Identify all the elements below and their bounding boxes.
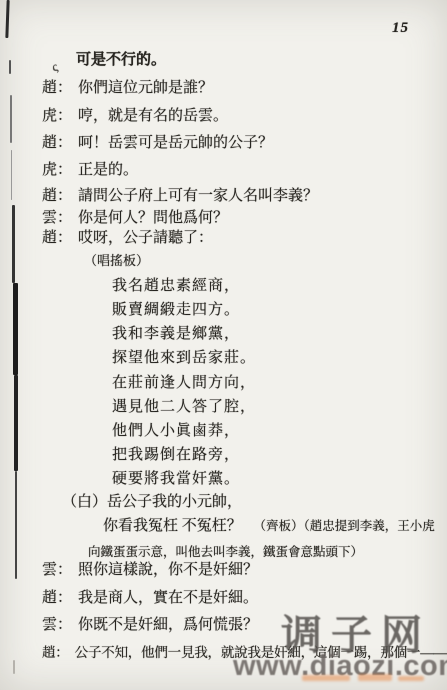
dialogue-text: 你們這位元帥是誰？ [78,80,213,97]
spoken-line: 你看我冤枉 不冤枉？ [103,518,242,534]
stage-note-continuation: 向鐵蛋蛋示意，叫他去叫李義，鐵蛋會意點頭下） [88,544,363,561]
stage-direction: （唱搖板） [84,252,149,269]
verse-line: 我名趙忠素經商， [112,278,240,295]
dialogue-line: 趙： 你們這位元帥是誰？ [42,80,213,97]
dialogue-line: 雲： 你既不是奸細，爲何慌張？ [42,617,258,634]
dialogue-text: 哼，就是有名的岳雲。 [78,108,228,125]
speaker-label: 虎： [42,108,72,125]
spine-mark [10,95,12,143]
dialogue-text: 照你這樣說，你不是奸細？ [78,562,258,579]
dialogue-line: 趙： 我是商人，實在不是奸細。 [42,590,258,607]
spine-mark [5,0,9,38]
spoken-line-row: 你看我冤枉 不冤枉？ （齊板）（趙忠提到李義，王小虎 [103,518,435,535]
speaker-label: 趙： [42,230,72,247]
dialogue-text: 正是的。 [78,162,138,179]
orange-scan-artifact [358,674,392,681]
speaker-label: 趙： [42,188,72,205]
spine-mark [15,471,17,579]
speaker-label: 雲： [42,617,72,634]
stray-pen-mark: ς [52,58,57,76]
opening-line: 可是不行的。 [76,52,166,69]
speaker-label: 趙： [42,644,69,661]
dialogue-line: 雲： 照你這樣說，你不是奸細？ [42,562,258,579]
stage-note-inline: （齊板）（趙忠提到李義，王小虎 [254,519,435,533]
speaker-label: 趙： [42,80,72,97]
verse-line: 他們人小眞鹵莽， [112,423,240,440]
dialogue-text: 呵！岳雲可是岳元帥的公子？ [78,135,273,152]
speaker-label: 雲： [42,562,72,579]
spine-mark [13,660,15,674]
verse-line: 我和李義是鄉黨， [112,326,240,343]
dialogue-text: 你既不是奸細，爲何慌張？ [78,617,258,634]
speaker-label: 趙： [42,135,72,152]
page-number: 15 [392,20,409,37]
dialogue-line: 趙： 請問公子府上可有一家人名叫李義？ [42,188,318,205]
verse-line: 在莊前逢人問方向， [112,375,256,392]
scanned-script-page: 15 ς 可是不行的。 趙： 你們這位元帥是誰？ 虎： 哼，就是有名的岳雲。 趙… [0,0,447,690]
orange-scan-artifact [302,675,350,681]
verse-line: 遇見他二人答了腔， [112,399,256,416]
dialogue-text: 我是商人，實在不是奸細。 [78,590,258,607]
spoken-intro: （白）岳公子我的小元帥， [62,494,242,511]
verse-line: 販賣綢緞走四方。 [112,302,240,319]
speaker-label: 趙： [42,590,72,607]
spine-mark [13,283,18,375]
speaker-label: 雲： [42,210,72,227]
spine-mark [9,60,11,74]
dialogue-line: 虎： 正是的。 [42,162,138,179]
dialogue-text: 你是何人？問他爲何？ [78,210,228,227]
dialogue-text: 哎呀，公子請聽了： [78,230,213,247]
curl-glyph: ς [49,58,59,76]
dialogue-text: 請問公子府上可有一家人名叫李義？ [78,188,318,205]
dialogue-line: 雲： 你是何人？問他爲何？ [42,210,228,227]
spine-mark [11,150,12,200]
verse-line: 探望他來到岳家莊。 [112,350,256,367]
spine-mark [14,375,18,471]
spine-mark [12,205,15,283]
verse-line: 硬要將我當奸黨。 [112,471,240,488]
dialogue-line: 虎： 哼，就是有名的岳雲。 [42,108,228,125]
dialogue-line: 趙： 呵！岳雲可是岳元帥的公子？ [42,135,273,152]
speaker-label: 虎： [42,162,72,179]
dialogue-line: 趙： 哎呀，公子請聽了： [42,230,213,247]
verse-line: 把我踢倒在路旁， [112,447,240,464]
orange-scan-artifact [398,676,424,681]
